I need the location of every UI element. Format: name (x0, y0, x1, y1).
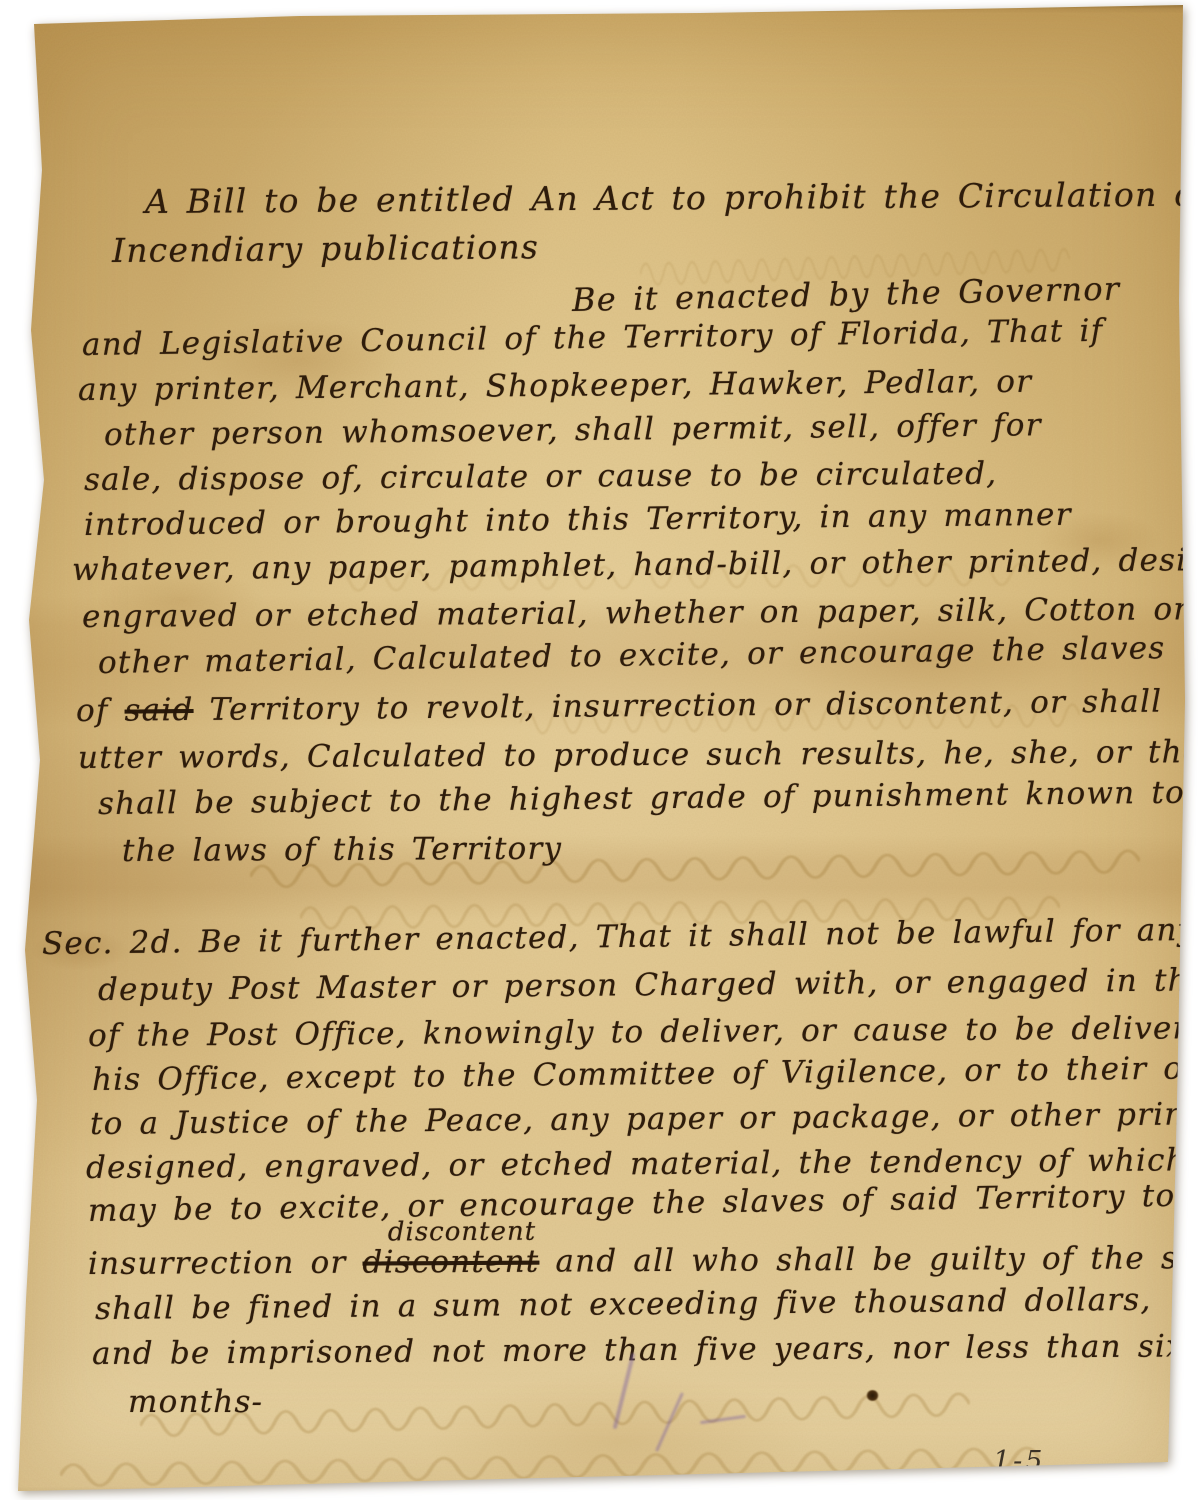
manuscript-text: other material, Calculated to excite, or… (98, 630, 1166, 681)
manuscript-line: A Bill to be entitled An Act to prohibit… (145, 175, 1200, 221)
manuscript-line: Incendiary publications (112, 227, 539, 270)
manuscript-line: shall be fined in a sum not exceeding fi… (95, 1282, 1152, 1327)
manuscript-line: sale, dispose of, circulate or cause to … (84, 456, 997, 498)
manuscript-text: of (76, 693, 125, 729)
manuscript-text: months- (128, 1384, 263, 1420)
manuscript-line: any printer, Merchant, Shopkeeper, Hawke… (78, 364, 1032, 408)
manuscript-text: of the Post Office, knowingly to deliver… (88, 1009, 1200, 1054)
ink-blot (866, 1390, 879, 1401)
manuscript-text: other person whomsoever, shall permit, s… (104, 407, 1042, 453)
manuscript-line: his Office, except to the Committee of V… (92, 1049, 1200, 1098)
manuscript-line: of said Territory to revolt, insurrectio… (76, 684, 1163, 729)
manuscript-text: Sec. 2d. Be it further enacted, That it … (42, 912, 1197, 962)
manuscript-line: and be imprisoned not more than five yea… (92, 1328, 1185, 1372)
manuscript-line: Sec. 2d. Be it further enacted, That it … (42, 912, 1197, 962)
manuscript-line: Be it enacted by the Governor (572, 270, 1121, 319)
manuscript-page: A Bill to be entitled An Act to prohibit… (0, 0, 1200, 1500)
manuscript-text: insurrection or (88, 1245, 363, 1282)
manuscript-text: the laws of this Territory (122, 831, 562, 869)
manuscript-text: Incendiary publications (112, 227, 539, 270)
manuscript-text: A Bill to be entitled An Act to prohibit… (145, 175, 1200, 221)
manuscript-text: his Office, except to the Committee of V… (92, 1049, 1200, 1098)
manuscript-text-layer: A Bill to be entitled An Act to prohibit… (0, 0, 1200, 1500)
manuscript-text: Territory to revolt, insurrection or dis… (193, 684, 1162, 728)
manuscript-line: to a Justice of the Peace, any paper or … (90, 1096, 1200, 1142)
manuscript-text: shall be subject to the highest grade of… (98, 775, 1185, 822)
manuscript-line: and Legislative Council of the Territory… (82, 313, 1104, 363)
manuscript-line: insurrection or discontent and all who s… (88, 1240, 1200, 1282)
interlinear-insertion: discontent (388, 1217, 536, 1248)
manuscript-text: Be it enacted by the Governor (572, 270, 1121, 319)
manuscript-text: any printer, Merchant, Shopkeeper, Hawke… (78, 364, 1032, 408)
manuscript-line: engraved or etched material, whether on … (82, 591, 1190, 635)
manuscript-line: shall be subject to the highest grade of… (98, 775, 1185, 822)
manuscript-text: deputy Post Master or person Charged wit… (98, 961, 1200, 1008)
manuscript-line: of the Post Office, knowingly to deliver… (88, 1009, 1200, 1054)
manuscript-text: to a Justice of the Peace, any paper or … (90, 1096, 1200, 1142)
top-edge-ink-mark (514, 0, 540, 6)
manuscript-line: introduced or brought into this Territor… (84, 497, 1072, 543)
manuscript-line: deputy Post Master or person Charged wit… (98, 961, 1200, 1008)
manuscript-text: and be imprisoned not more than five yea… (92, 1328, 1185, 1372)
aged-paper-sheet: A Bill to be entitled An Act to prohibit… (0, 0, 1200, 1500)
manuscript-text: sale, dispose of, circulate or cause to … (84, 456, 997, 498)
manuscript-text: engraved or etched material, whether on … (82, 591, 1190, 635)
struck-word: discontent (362, 1244, 539, 1281)
page-number-annotation: 1-5 (993, 1446, 1045, 1477)
manuscript-line: the laws of this Territory (122, 831, 562, 869)
manuscript-line: other material, Calculated to excite, or… (98, 630, 1166, 681)
manuscript-text: and all who shall be guilty of the same, (539, 1240, 1200, 1280)
manuscript-line: other person whomsoever, shall permit, s… (104, 407, 1042, 453)
struck-word: said (124, 692, 193, 729)
manuscript-text: and Legislative Council of the Territory… (82, 313, 1104, 363)
manuscript-text: utter words, Calculated to produce such … (78, 734, 1200, 776)
manuscript-text: whatever, any paper, pamphlet, hand-bill… (72, 541, 1200, 588)
manuscript-line: whatever, any paper, pamphlet, hand-bill… (72, 541, 1200, 588)
manuscript-text: introduced or brought into this Territor… (84, 497, 1072, 543)
manuscript-text: shall be fined in a sum not exceeding fi… (95, 1282, 1152, 1327)
manuscript-line: utter words, Calculated to produce such … (78, 734, 1200, 776)
manuscript-line: months- (128, 1384, 263, 1420)
